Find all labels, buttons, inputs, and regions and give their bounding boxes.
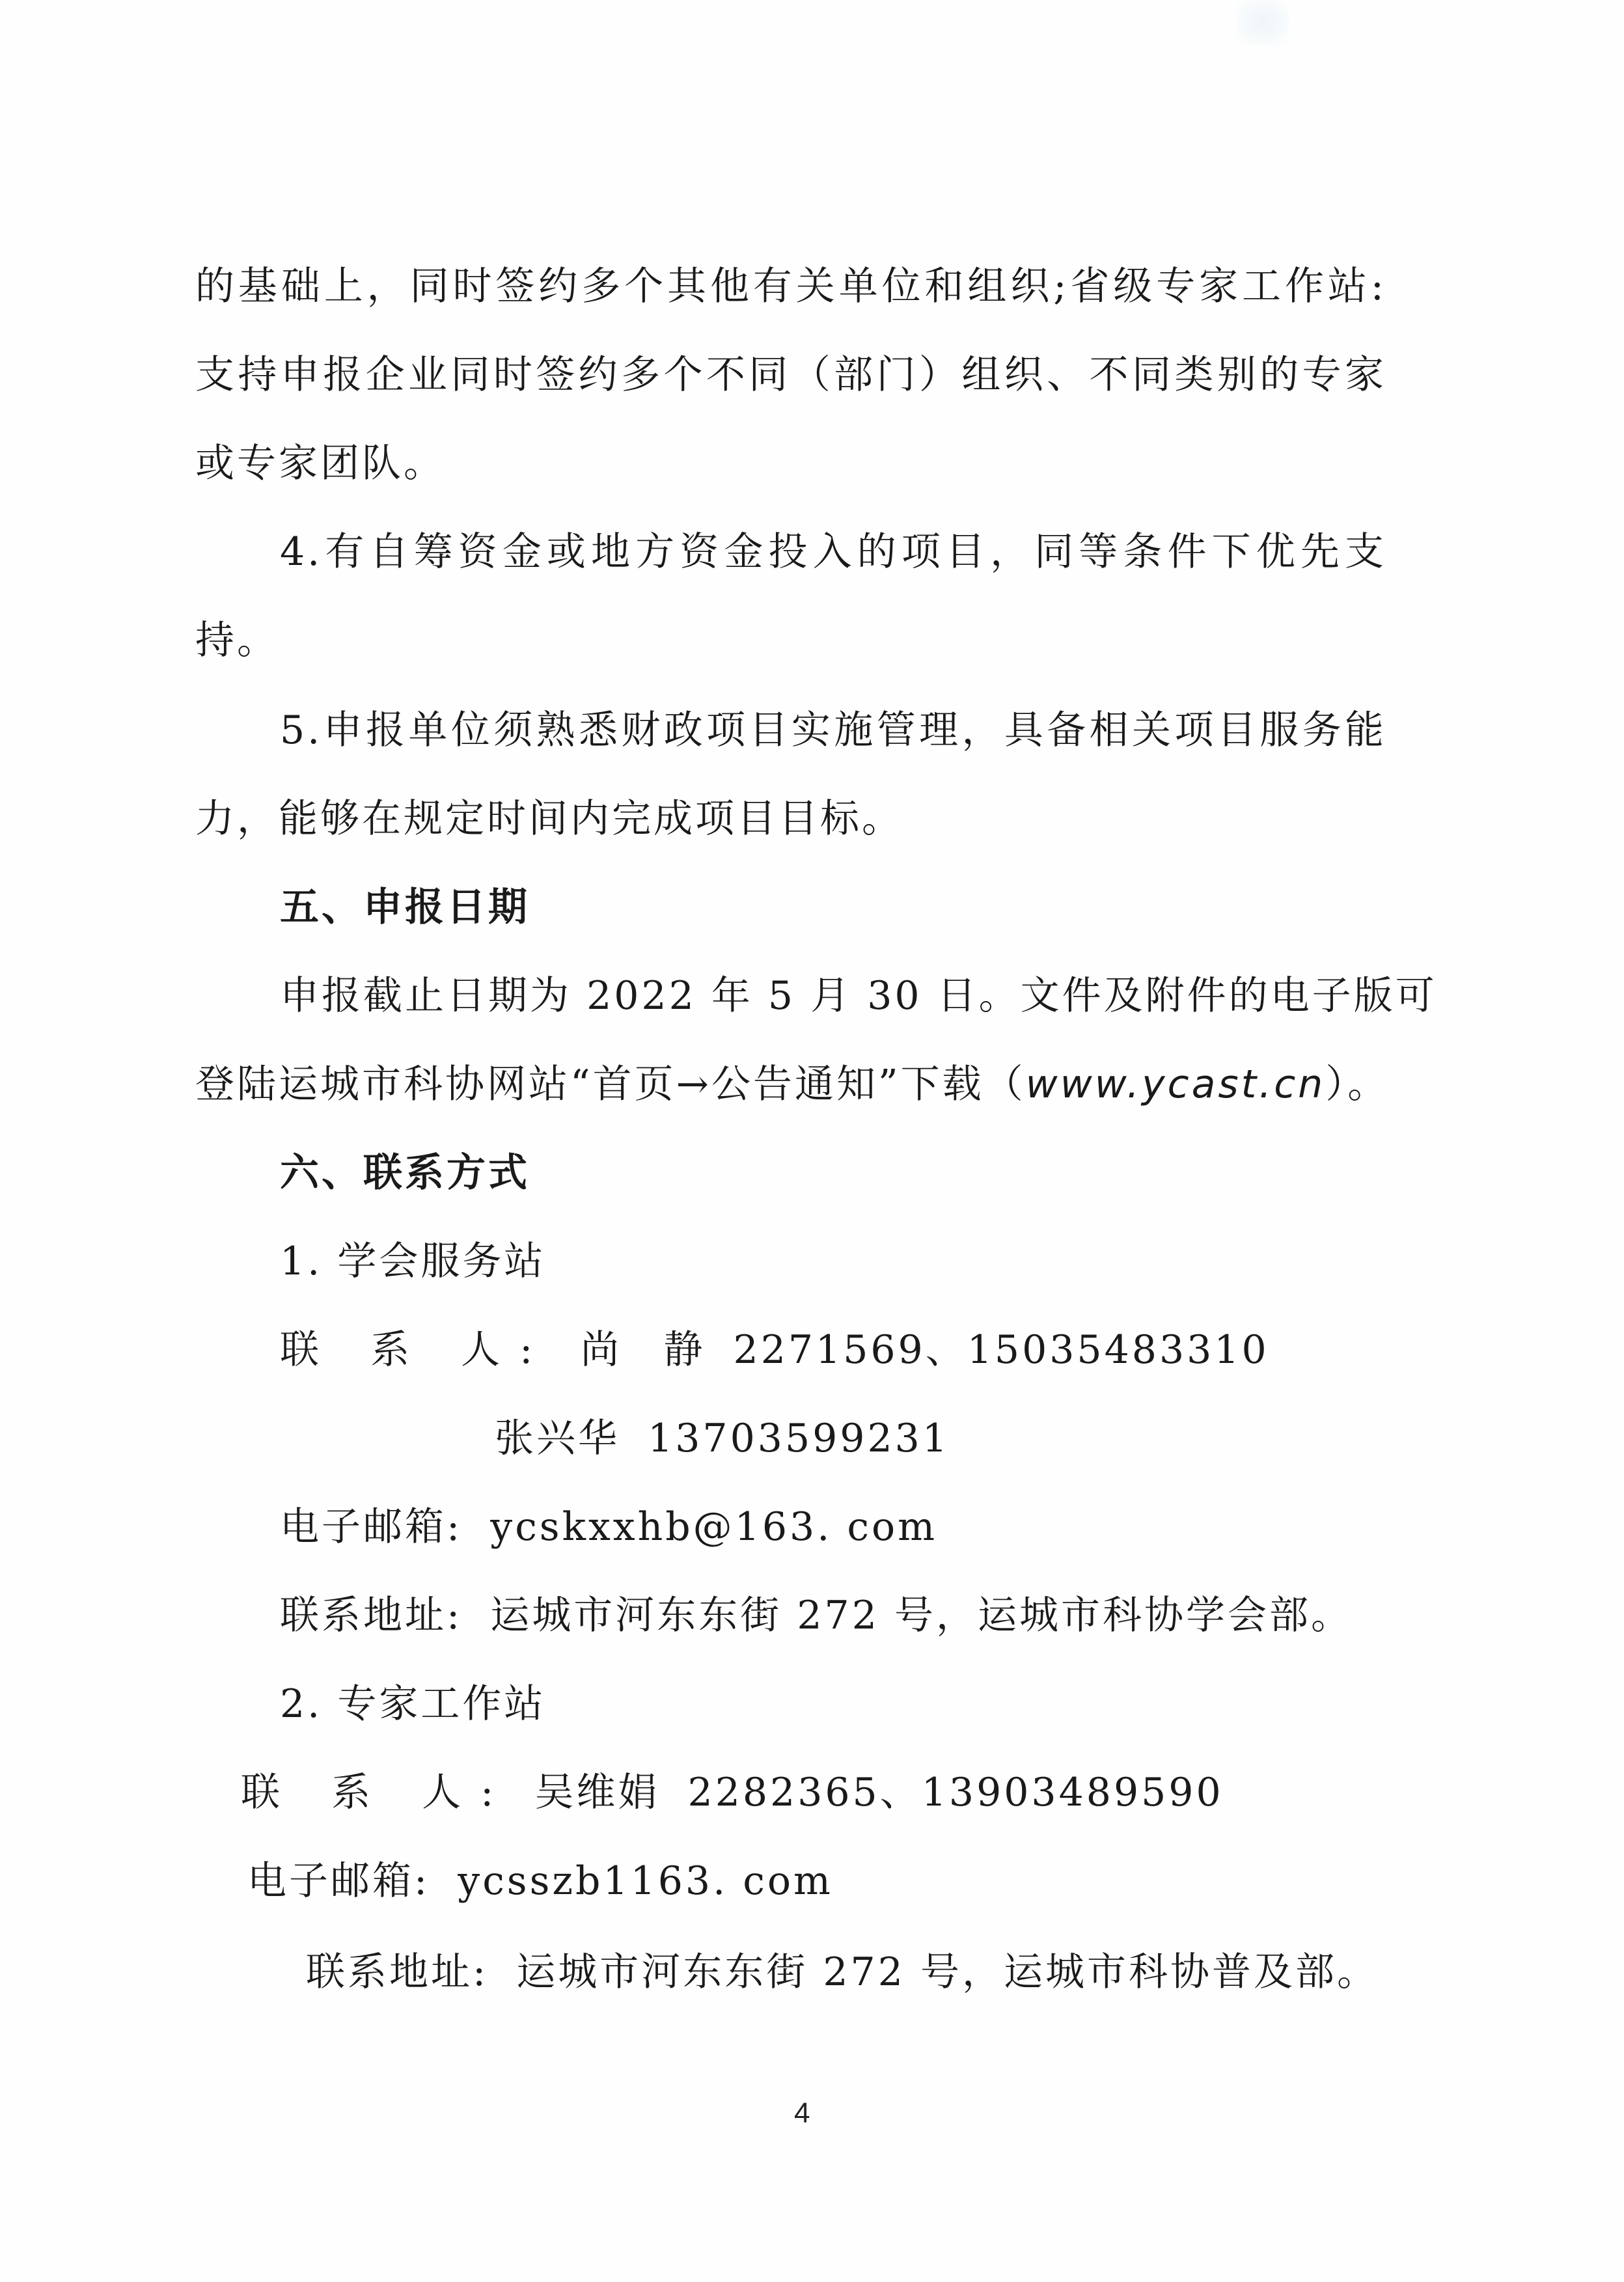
contact-phone: 13703599231 <box>648 1416 950 1461</box>
contact-phone: 2282365、13903489590 <box>688 1770 1224 1815</box>
page-number: 4 <box>794 2097 810 2130</box>
email-label: 电子邮箱: <box>280 1504 462 1550</box>
station1-title: 1. 学会服务站 <box>280 1235 545 1287</box>
address-label: 联系地址: <box>280 1593 462 1638</box>
station2-title: 2. 专家工作站 <box>280 1678 545 1730</box>
station2-contact-line: 联 系 人: 吴维娟 2282365、13903489590 <box>241 1766 1224 1819</box>
station1-email-line: 电子邮箱: ycskxxhb@163. com <box>280 1501 937 1553</box>
download-line: 登陆运城市科协网站“首页→公告通知”下载（www.ycast.cn）。 <box>195 1058 1389 1110</box>
paragraph-line: 支持申报企业同时签约多个不同（部门）组织、不同类别的专家 <box>195 349 1386 401</box>
download-text: 登陆运城市科协网站“首页→公告通知”下载（ <box>195 1062 1026 1107</box>
document-page: 的基础上，同时签约多个其他有关单位和组织;省级专家工作站: 支持申报企业同时签约… <box>0 0 1624 2282</box>
contact-name: 尚 静 <box>580 1327 705 1373</box>
download-text-end: ）。 <box>1325 1062 1389 1107</box>
website-link[interactable]: www.ycast.cn <box>1026 1062 1326 1107</box>
station2-address-line: 联系地址: 运城市河东东街 272 号，运城市科协普及部。 <box>306 1946 1379 1998</box>
contact-label: 联 系 人: <box>241 1770 513 1815</box>
address-label: 联系地址: <box>306 1949 488 1995</box>
address-text: 运城市河东东街 272 号，运城市科协学会部。 <box>490 1593 1353 1638</box>
email-address[interactable]: ycskxxhb@163. com <box>490 1504 937 1550</box>
contact-name: 吴维娟 <box>534 1770 659 1815</box>
section-heading-deadline: 五、申报日期 <box>280 881 530 933</box>
station1-address-line: 联系地址: 运城市河东东街 272 号，运城市科协学会部。 <box>280 1589 1353 1642</box>
station1-contact2-line: 张兴华 13703599231 <box>495 1412 950 1464</box>
paragraph-line: 或专家团队。 <box>195 437 445 489</box>
list-item-5-line: 5.申报单位须熟悉财政项目实施管理，具备相关项目服务能 <box>280 704 1386 756</box>
paragraph-line: 的基础上，同时签约多个其他有关单位和组织;省级专家工作站: <box>195 260 1386 312</box>
station2-email-line: 电子邮箱: ycsszb1163. com <box>247 1855 833 1907</box>
deadline-line: 申报截止日期为 2022 年 5 月 30 日。文件及附件的电子版可 <box>280 970 1386 1022</box>
list-item-4-line: 持。 <box>195 614 279 667</box>
contact-label: 联 系 人: <box>280 1327 552 1373</box>
contact-name: 张兴华 <box>495 1416 620 1461</box>
email-label: 电子邮箱: <box>247 1858 430 1904</box>
email-address[interactable]: ycsszb1163. com <box>458 1858 833 1904</box>
list-item-4-line: 4.有自筹资金或地方资金投入的项目，同等条件下优先支 <box>280 526 1386 578</box>
contact-phone: 2271569、15035483310 <box>734 1327 1269 1373</box>
list-item-5-line: 力，能够在规定时间内完成项目目标。 <box>195 793 903 845</box>
scan-artifact <box>1237 0 1289 46</box>
section-heading-contact: 六、联系方式 <box>280 1147 530 1199</box>
address-text: 运城市河东东街 272 号，运城市科协普及部。 <box>516 1949 1379 1995</box>
station1-contact-line: 联 系 人: 尚 静 2271569、15035483310 <box>280 1324 1269 1376</box>
